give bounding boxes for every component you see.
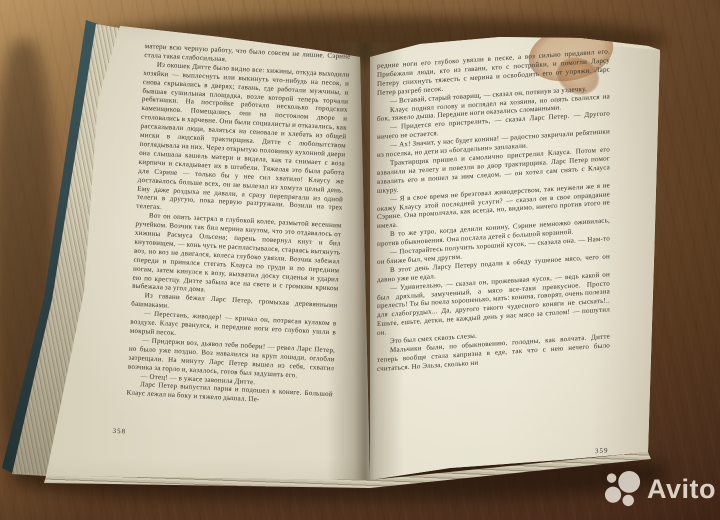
avito-wordmark: Avito — [647, 476, 716, 503]
book-photo: матери всю черную работу, что было совсе… — [0, 0, 720, 520]
paragraph: Вот он опять застрял в глубокой колее, р… — [132, 211, 342, 302]
right-page-text: редние ноги его глубоко увязли в песке, … — [377, 47, 610, 373]
right-page-number: 359 — [595, 446, 609, 455]
avito-watermark: Avito — [604, 470, 716, 508]
book-gutter-shadow — [327, 42, 403, 488]
paragraph: Из окошек Дитте было видно все: хижины, … — [136, 60, 350, 222]
left-page-text: матери всю черную работу, что было совсе… — [126, 42, 350, 409]
left-page-number: 358 — [112, 427, 126, 436]
avito-logo-icon — [604, 470, 642, 508]
